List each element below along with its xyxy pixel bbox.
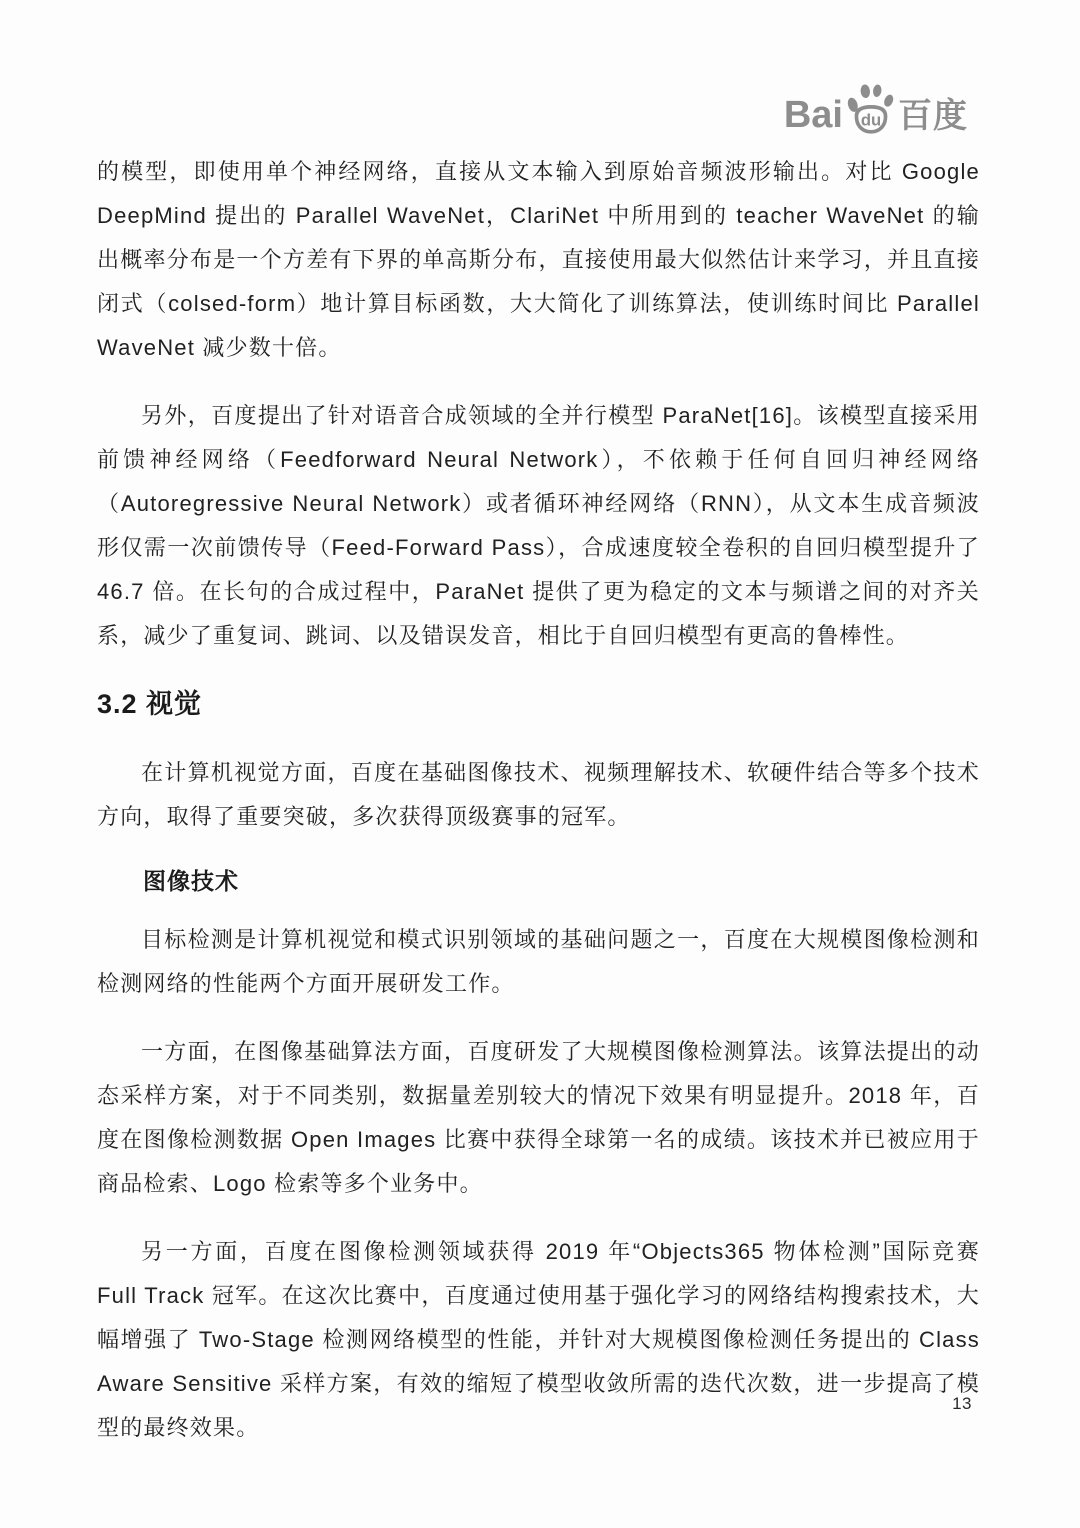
document-page: Bai du 百度 的模型，即使用单个神经网络，直接从文本输入到原始音频波形输出… (0, 0, 1080, 1528)
paragraph-paranet: 另外，百度提出了针对语音合成领域的全并行模型 ParaNet[16]。该模型直接… (97, 394, 980, 658)
logo-cn-text: 百度 (898, 99, 968, 136)
paragraph-object-detection: 目标检测是计算机视觉和模式识别领域的基础问题之一，百度在大规模图像检测和检测网络… (97, 918, 980, 1006)
document-body: 的模型，即使用单个神经网络，直接从文本输入到原始音频波形输出。对比 Google… (97, 150, 980, 1474)
section-heading-vision: 3.2 视觉 (97, 682, 980, 721)
baidu-paw-icon: du (845, 84, 897, 136)
logo-bai-text: Bai (784, 96, 843, 136)
paragraph-objects365: 另一方面，百度在图像检测领域获得 2019 年“Objects365 物体检测”… (97, 1230, 980, 1450)
paragraph-vision-intro: 在计算机视觉方面，百度在基础图像技术、视频理解技术、软硬件结合等多个技术方向，取… (97, 751, 980, 839)
paragraph-wavenet: 的模型，即使用单个神经网络，直接从文本输入到原始音频波形输出。对比 Google… (97, 150, 980, 370)
subsection-heading-image-tech: 图像技术 (97, 863, 980, 896)
logo-du-text: du (861, 111, 881, 130)
page-number: 13 (952, 1394, 972, 1414)
baidu-logo: Bai du 百度 (784, 84, 968, 136)
paragraph-open-images: 一方面，在图像基础算法方面，百度研发了大规模图像检测算法。该算法提出的动态采样方… (97, 1030, 980, 1206)
